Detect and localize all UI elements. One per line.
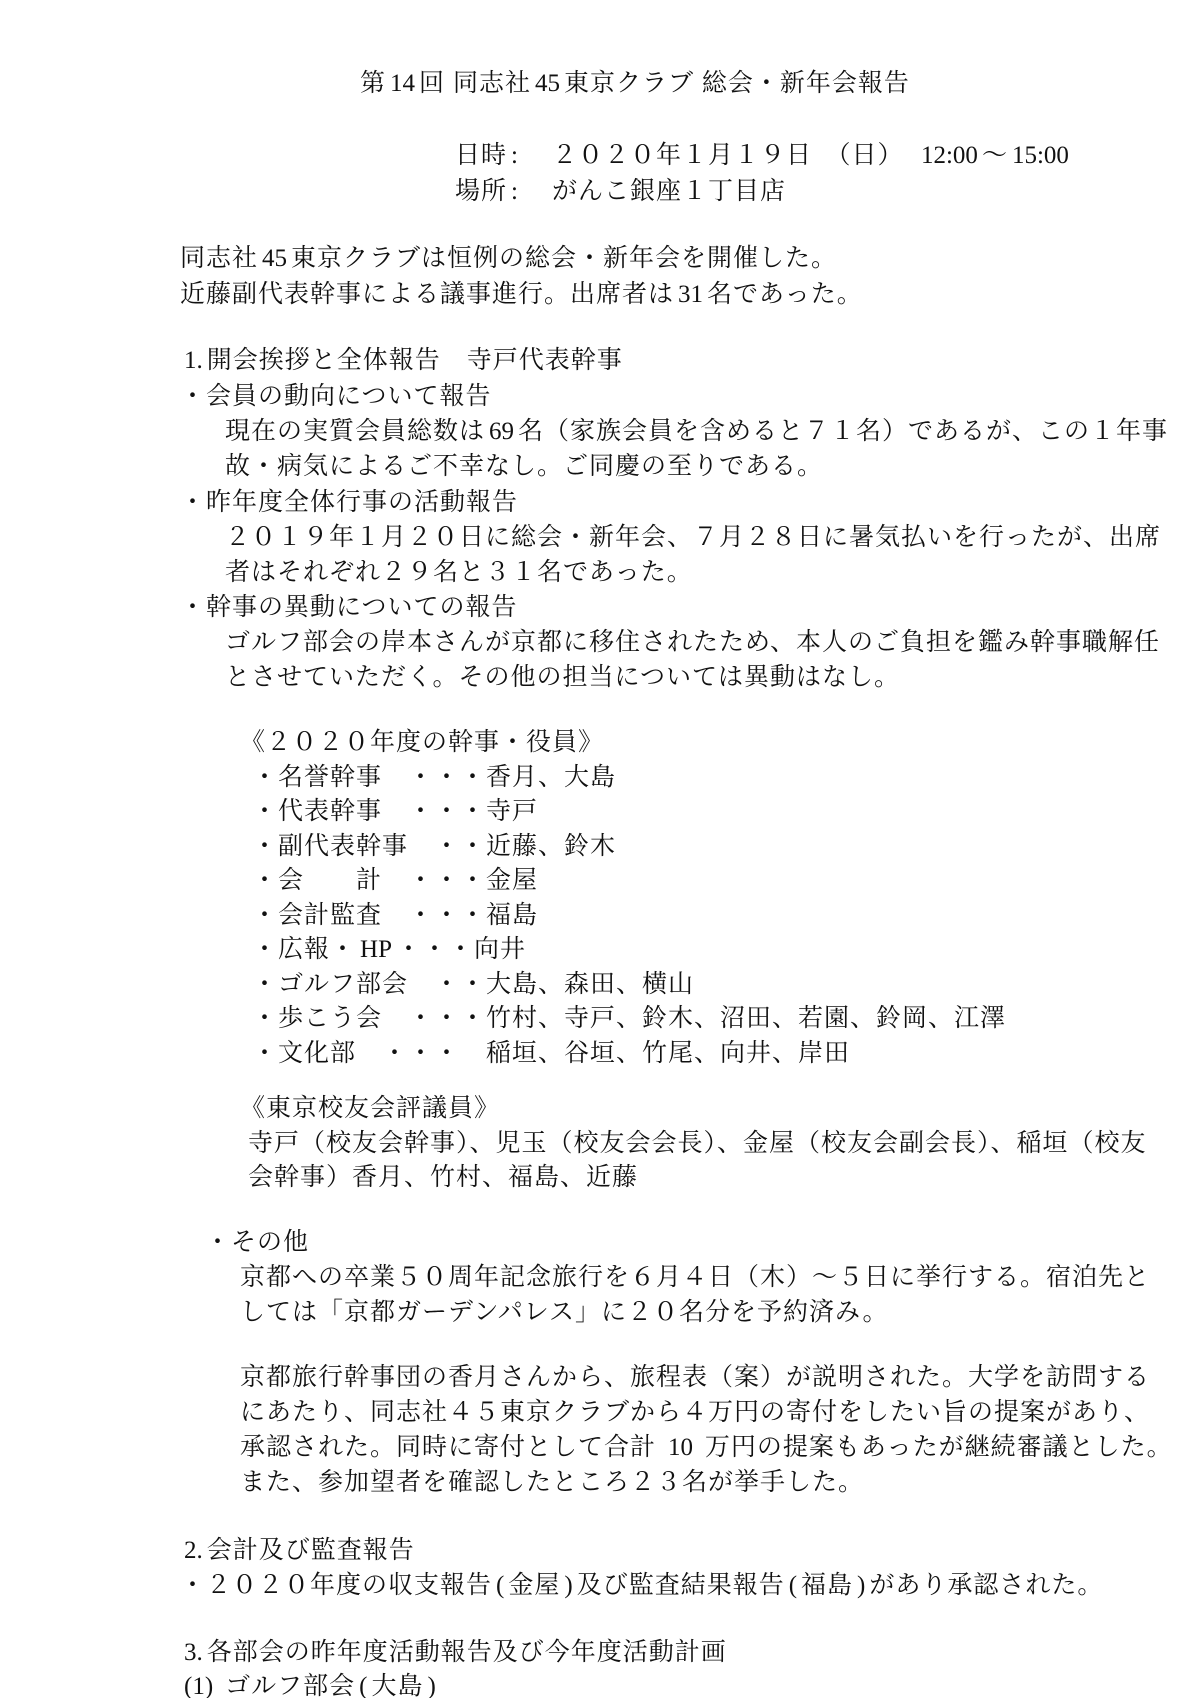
section1-paragraph: 者はそれぞれ２９名と３１名であった。 — [225, 557, 693, 587]
section1-paragraph: ２０１９年１月２０日に総会・新年会、７月２８日に暑気払いを行ったが、出席 — [225, 522, 1161, 552]
section1-heading: 1.開会挨拶と全体報告 寺戸代表幹事 — [180, 345, 623, 376]
meta-datetime-label: 日時: — [455, 140, 522, 171]
officer-row: ・名誉幹事 ・・・香月、大島 — [252, 762, 616, 792]
section3-item: (1) ゴルフ部会(大島) — [180, 1671, 440, 1698]
other-paragraph: にあたり、同志社４５東京クラブから４万円の寄付をしたい旨の提案があり、 — [240, 1397, 1150, 1427]
meta-location-label: 場所: — [455, 176, 522, 207]
section1-paragraph: ゴルフ部会の岸本さんが京都に移住されたため、本人のご負担を鑑み幹事職解任 — [225, 627, 1160, 657]
section1-bullet: ・会員の動向について報告 — [180, 381, 492, 411]
other-paragraph: 京都への卒業５０周年記念旅行を６月４日（木）～５日に挙行する。宿泊先と — [240, 1262, 1150, 1292]
councilors-line: 会幹事）香月、竹村、福島、近藤 — [248, 1162, 638, 1192]
meta-datetime-value: ２０２０年１月１９日 （日） 12:00～15:00 — [552, 140, 1073, 171]
section1-bullet: ・幹事の異動についての報告 — [180, 592, 518, 622]
officer-row: ・文化部 ・・・ 稲垣、谷垣、竹尾、向井、岸田 — [252, 1038, 850, 1068]
officers-heading: 《２０２０年度の幹事・役員》 — [240, 727, 604, 757]
officer-row: ・歩こう会 ・・・竹村、寺戸、鈴木、沼田、若園、鈴岡、江澤 — [252, 1003, 1006, 1033]
officer-row: ・会計監査 ・・・福島 — [252, 900, 538, 930]
other-heading: ・その他 — [205, 1227, 309, 1257]
other-paragraph: また、参加望者を確認したところ２３名が挙手した。 — [240, 1467, 864, 1497]
meta-location-row: 場所:がんこ銀座１丁目店 — [455, 176, 786, 207]
meta-datetime-row: 日時:２０２０年１月１９日 （日） 12:00～15:00 — [455, 140, 1073, 171]
report-document-page: 第14回 同志社45東京クラブ 総会・新年会報告 日時:２０２０年１月１９日 （… — [0, 0, 1200, 1698]
section1-bullet: ・昨年度全体行事の活動報告 — [180, 487, 518, 517]
section2-heading: 2.会計及び監査報告 — [180, 1535, 415, 1566]
officer-row: ・代表幹事 ・・・寺戸 — [252, 796, 538, 826]
officer-row: ・ゴルフ部会 ・・大島、森田、横山 — [252, 969, 694, 999]
other-paragraph: 京都旅行幹事団の香月さんから、旅程表（案）が説明された。大学を訪問する — [240, 1362, 1150, 1392]
councilors-heading: 《東京校友会評議員》 — [240, 1093, 500, 1123]
document-title: 第14回 同志社45東京クラブ 総会・新年会報告 — [360, 68, 910, 99]
section1-paragraph: とさせていただく。その他の担当については異動はなし。 — [225, 662, 900, 692]
officer-row: ・会 計 ・・・金屋 — [252, 865, 538, 895]
section2-bullet: ・２０２０年度の収支報告(金屋)及び監査結果報告(福島)があり承認された。 — [180, 1570, 1103, 1601]
other-paragraph: しては「京都ガーデンパレス」に２０名分を予約済み。 — [240, 1297, 889, 1327]
section3-heading: 3.各部会の昨年度活動報告及び今年度活動計画 — [180, 1637, 727, 1668]
section1-paragraph: 故・病気によるご不幸なし。ご同慶の至りである。 — [225, 451, 823, 481]
officer-row: ・副代表幹事 ・・近藤、鈴木 — [252, 831, 616, 861]
officer-row: ・広報・HP・・・向井 — [252, 934, 526, 965]
other-paragraph: 承認された。同時に寄付として合計 10 万円の提案もあったが継続審議とした。 — [240, 1432, 1173, 1463]
councilors-line: 寺戸（校友会幹事）、児玉（校友会会長）、金屋（校友会副会長）、稲垣（校友 — [248, 1128, 1147, 1158]
intro-line: 同志社45東京クラブは恒例の総会・新年会を開催した。 — [180, 243, 837, 274]
section1-paragraph: 現在の実質会員総数は69名（家族会員を含めると７１名）であるが、この１年事 — [225, 416, 1168, 447]
meta-location-value: がんこ銀座１丁目店 — [552, 176, 786, 206]
intro-line: 近藤副代表幹事による議事進行。出席者は31名であった。 — [180, 279, 863, 310]
